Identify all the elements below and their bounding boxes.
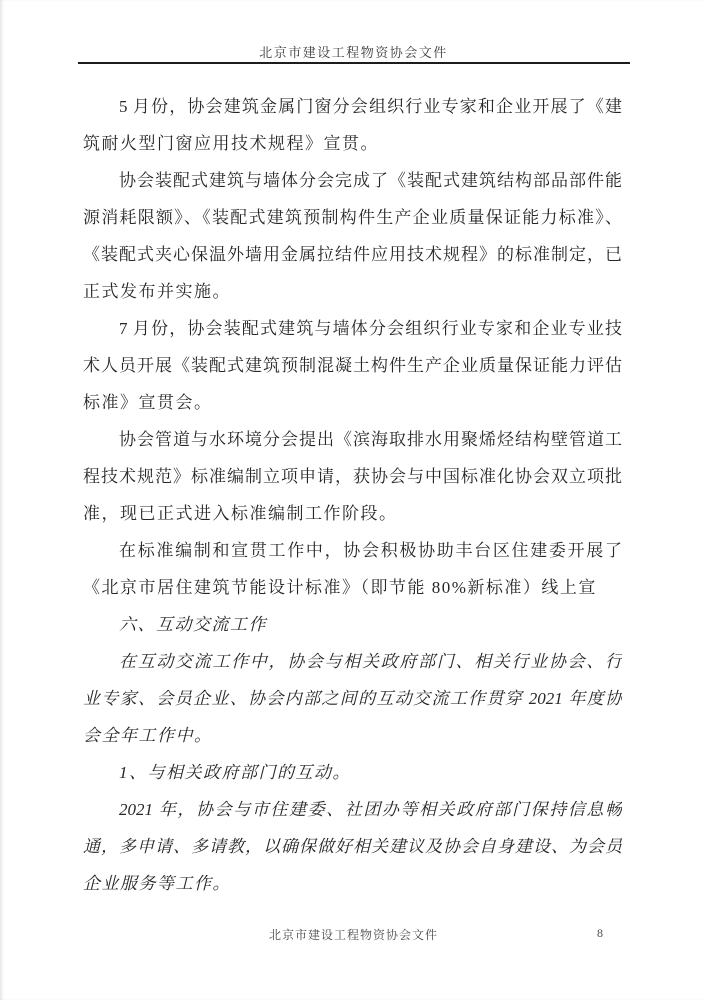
text-line: 1、与相关政府部门的互动。 <box>83 754 622 791</box>
document-page: 北京市建设工程物资协会文件 5 月份，协会建筑金属门窗分会组织行业专家和企业开展… <box>0 0 707 1000</box>
text-line: 六、互动交流工作 <box>83 606 622 643</box>
text-line: 在标准编制和宣贯工作中，协会积极协助丰台区住建委开展了 <box>83 532 622 569</box>
text-line: 在互动交流工作中，协会与相关政府部门、相关行业协会、行 <box>83 643 622 680</box>
text-line: 术人员开展《装配式建筑预制混凝土构件生产企业质量保证能力评估 <box>83 347 622 384</box>
text-line: 5 月份，协会建筑金属门窗分会组织行业专家和企业开展了《建 <box>83 88 622 125</box>
text-line: 通，多申请、多请教，以确保做好相关建议及协会自身建设、为会员 <box>83 828 622 865</box>
text-line: 正式发布并实施。 <box>83 273 622 310</box>
document-body: 5 月份，协会建筑金属门窗分会组织行业专家和企业开展了《建筑耐火型门窗应用技术规… <box>83 88 622 902</box>
text-line: 2021 年，协会与市住建委、社团办等相关政府部门保持信息畅 <box>83 791 622 828</box>
paragraph: 协会装配式建筑与墙体分会完成了《装配式建筑结构部品部件能源消耗限额》、《装配式建… <box>83 162 622 310</box>
header-title: 北京市建设工程物资协会文件 <box>0 42 707 61</box>
paragraph: 在标准编制和宣贯工作中，协会积极协助丰台区住建委开展了《北京市居住建筑节能设计标… <box>83 532 622 606</box>
text-line: 标准》宣贯会。 <box>83 384 622 421</box>
text-line: 《北京市居住建筑节能设计标准》（即节能 80%新标准）线上宣贯。 <box>83 569 622 606</box>
text-line: 企业服务等工作。 <box>83 865 622 902</box>
paragraph: 5 月份，协会建筑金属门窗分会组织行业专家和企业开展了《建筑耐火型门窗应用技术规… <box>83 88 622 162</box>
text-line: 业专家、会员企业、协会内部之间的互动交流工作贯穿 2021 年度协 <box>83 680 622 717</box>
text-line: 源消耗限额》、《装配式建筑预制构件生产企业质量保证能力标准》、 <box>83 199 622 236</box>
list-heading: 1、与相关政府部门的互动。 <box>83 754 622 791</box>
text-line: 《装配式夹心保温外墙用金属拉结件应用技术规程》的标准制定，已 <box>83 236 622 273</box>
page-number: 8 <box>590 926 610 941</box>
paragraph: 7 月份，协会装配式建筑与墙体分会组织行业专家和企业专业技术人员开展《装配式建筑… <box>83 310 622 421</box>
text-line: 准，现已正式进入标准编制工作阶段。 <box>83 495 622 532</box>
section-heading: 六、互动交流工作 <box>83 606 622 643</box>
text-line: 会全年工作中。 <box>83 717 622 754</box>
text-line: 协会管道与水环境分会提出《滨海取排水用聚烯烃结构壁管道工 <box>83 421 622 458</box>
paragraph: 协会管道与水环境分会提出《滨海取排水用聚烯烃结构壁管道工程技术规范》标准编制立项… <box>83 421 622 532</box>
paragraph: 在互动交流工作中，协会与相关政府部门、相关行业协会、行业专家、会员企业、协会内部… <box>83 643 622 754</box>
text-line: 程技术规范》标准编制立项申请，获协会与中国标准化协会双立项批 <box>83 458 622 495</box>
paragraph: 2021 年，协会与市住建委、社团办等相关政府部门保持信息畅通，多申请、多请教，… <box>83 791 622 902</box>
header-rule <box>78 62 630 64</box>
text-line: 筑耐火型门窗应用技术规程》宣贯。 <box>83 125 622 162</box>
text-line: 7 月份，协会装配式建筑与墙体分会组织行业专家和企业专业技 <box>83 310 622 347</box>
text-line: 协会装配式建筑与墙体分会完成了《装配式建筑结构部品部件能 <box>83 162 622 199</box>
